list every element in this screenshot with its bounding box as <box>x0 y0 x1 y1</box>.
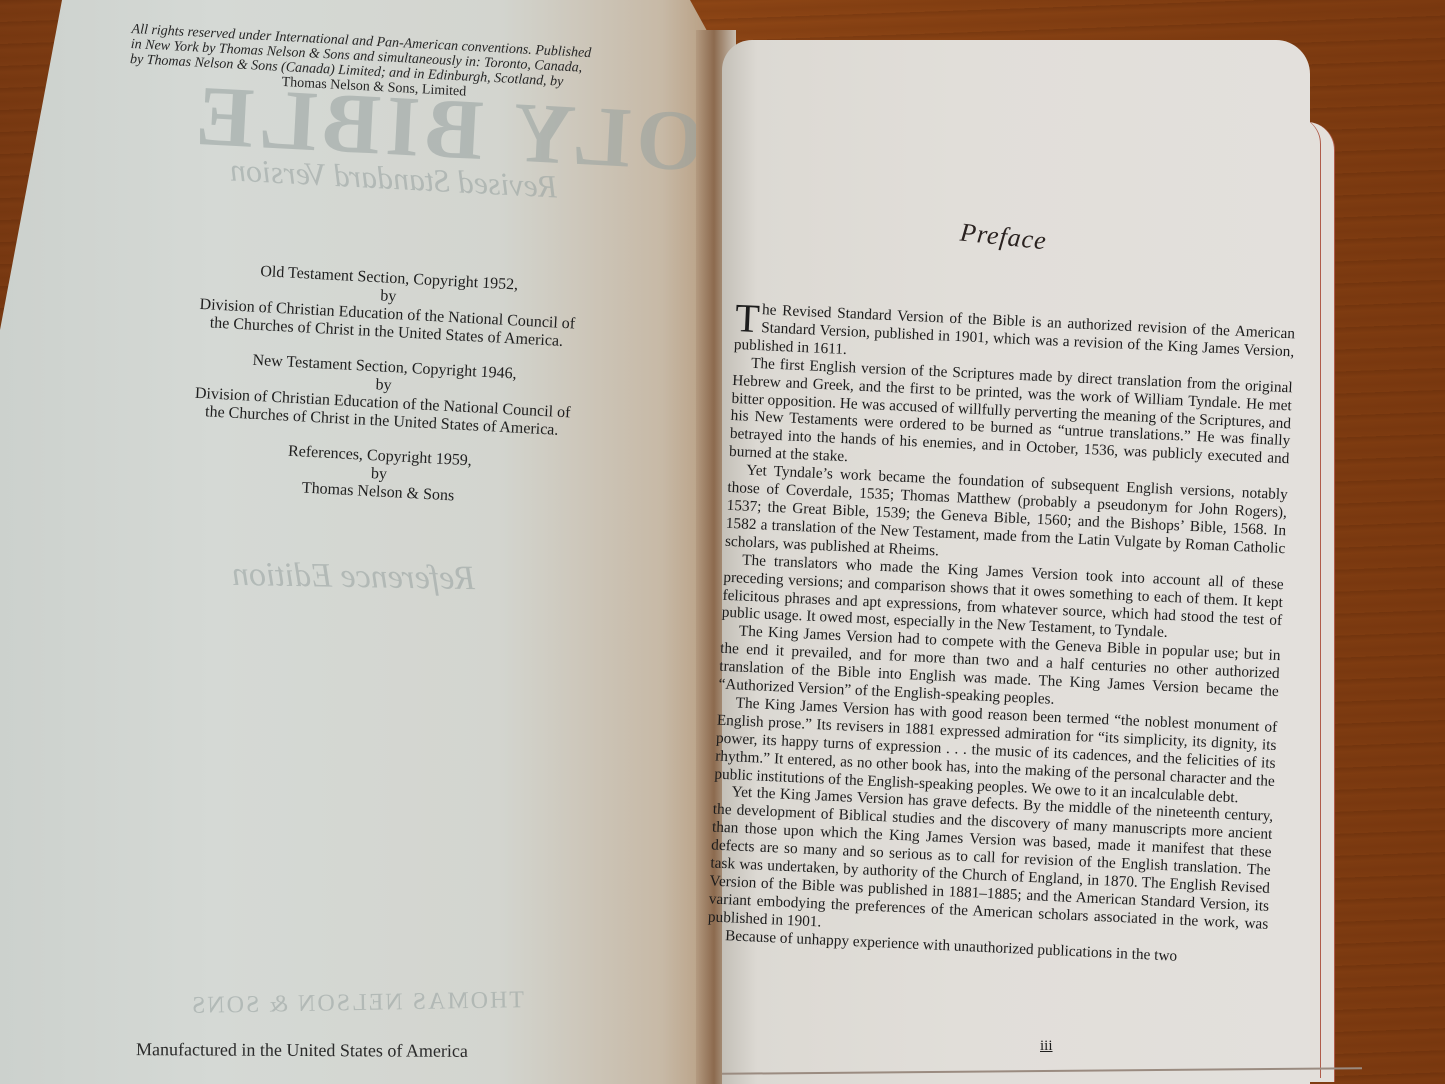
copyright-block: Old Testament Section, Copyright 1952, b… <box>153 258 615 513</box>
preface-body: The Revised Standard Version of the Bibl… <box>707 300 1296 969</box>
page-number: iii <box>1040 1038 1053 1055</box>
manufactured-footer: Manufactured in the United States of Ame… <box>136 1039 468 1062</box>
drop-cap: T <box>734 302 760 335</box>
left-page: HOLY BIBLE Revised Standard Version Refe… <box>0 0 712 1084</box>
preface-paragraph: Yet the King James Version has grave def… <box>708 783 1274 952</box>
show-through-publisher: THOMAS NELSON & SONS <box>190 987 524 1020</box>
show-through-edition: Reference Edition <box>232 556 476 598</box>
